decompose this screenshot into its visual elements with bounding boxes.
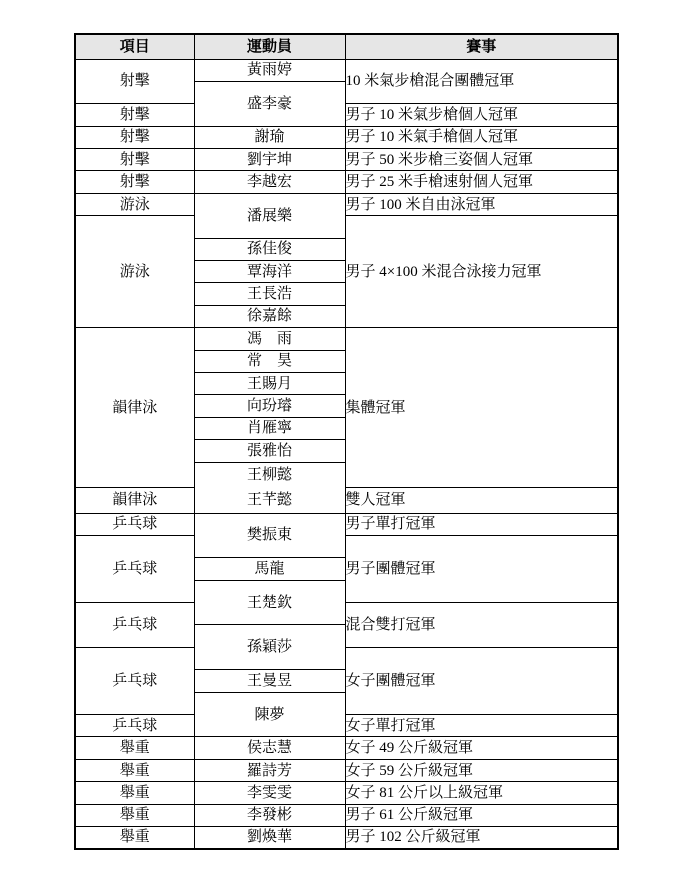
athlete-cell: 王柳懿 王芊懿 [194,462,345,513]
event-cell: 男子 50 米步槍三姿個人冠軍 [345,149,618,171]
event-cell: 男子 100 米自由泳冠軍 [345,193,618,215]
table-row: 射擊 黃雨婷 10 米氣步槍混合團體冠軍 [75,59,618,81]
athlete-cell: 王楚欽 [194,580,345,625]
category-cell: 舉重 [75,804,194,826]
athlete-cell: 潘展樂 [194,193,345,238]
athlete-cell: 陳夢 [194,692,345,737]
athlete-cell: 王賜月 [194,372,345,394]
table-row: 韻律泳 馮 雨 集體冠軍 [75,328,618,350]
event-cell: 男子 4×100 米混合泳接力冠軍 [345,216,618,328]
event-cell: 10 米氣步槍混合團體冠軍 [345,59,618,104]
category-cell: 舉重 [75,737,194,759]
table-header-row: 項目 運動員 賽事 [75,34,618,59]
athlete-cell: 馬龍 [194,558,345,580]
athlete-name: 王柳懿 [195,463,345,488]
athlete-cell: 王曼昱 [194,670,345,692]
table-row: 舉重 侯志慧 女子 49 公斤級冠軍 [75,737,618,759]
athlete-cell: 徐嘉餘 [194,305,345,327]
event-cell: 女子單打冠軍 [345,715,618,737]
category-cell: 韻律泳 [75,328,194,488]
event-cell: 男子 61 公斤級冠軍 [345,804,618,826]
athlete-cell: 馮 雨 [194,328,345,350]
event-cell: 男子 25 米手槍速射個人冠軍 [345,171,618,193]
event-cell: 男子 102 公斤級冠軍 [345,827,618,849]
table-row: 射擊 劉宇坤 男子 50 米步槍三姿個人冠軍 [75,149,618,171]
table-row: 射擊 男子 10 米氣步槍個人冠軍 [75,104,618,126]
athlete-name: 王芊懿 [195,488,345,513]
header-cell-event: 賽事 [345,34,618,59]
table-row: 乒乓球 女子單打冠軍 [75,715,618,737]
athlete-cell: 孫佳俊 [194,238,345,260]
document-page: 項目 運動員 賽事 射擊 黃雨婷 10 米氣步槍混合團體冠軍 盛李豪 射擊 男子… [0,0,677,874]
event-cell: 女子 81 公斤以上級冠軍 [345,782,618,804]
category-cell: 舉重 [75,782,194,804]
event-cell: 集體冠軍 [345,328,618,488]
header-cell-category: 項目 [75,34,194,59]
event-cell: 男子團體冠軍 [345,535,618,602]
event-cell: 男子 10 米氣步槍個人冠軍 [345,104,618,126]
table-row: 舉重 劉煥華 男子 102 公斤級冠軍 [75,827,618,849]
category-cell: 射擊 [75,126,194,148]
event-cell: 女子 59 公斤級冠軍 [345,759,618,781]
athlete-cell: 劉宇坤 [194,149,345,171]
athlete-cell: 羅詩芳 [194,759,345,781]
athlete-cell: 常 昊 [194,350,345,372]
athlete-cell: 侯志慧 [194,737,345,759]
category-cell: 乒乓球 [75,513,194,535]
athlete-cell: 黃雨婷 [194,59,345,81]
event-cell: 男子 10 米氣手槍個人冠軍 [345,126,618,148]
athlete-cell: 李越宏 [194,171,345,193]
table-row: 舉重 羅詩芳 女子 59 公斤級冠軍 [75,759,618,781]
athlete-cell: 覃海洋 [194,261,345,283]
table-row: 韻律泳 雙人冠軍 [75,488,618,514]
medalists-table: 項目 運動員 賽事 射擊 黃雨婷 10 米氣步槍混合團體冠軍 盛李豪 射擊 男子… [74,33,619,850]
table-row: 射擊 李越宏 男子 25 米手槍速射個人冠軍 [75,171,618,193]
athlete-cell: 樊振東 [194,513,345,558]
category-cell: 乒乓球 [75,715,194,737]
table-row: 乒乓球 女子團體冠軍 [75,647,618,669]
athlete-cell: 孫穎莎 [194,625,345,670]
athlete-cell: 李發彬 [194,804,345,826]
event-cell: 混合雙打冠軍 [345,603,618,648]
category-cell: 射擊 [75,149,194,171]
category-cell: 韻律泳 [75,488,194,514]
category-cell: 乒乓球 [75,535,194,602]
athlete-cell: 王長浩 [194,283,345,305]
athlete-cell: 肖雁寧 [194,417,345,439]
category-cell: 游泳 [75,193,194,215]
table-row: 游泳 男子 4×100 米混合泳接力冠軍 [75,216,618,238]
category-cell: 游泳 [75,216,194,328]
table-row: 舉重 李雯雯 女子 81 公斤以上級冠軍 [75,782,618,804]
athlete-cell: 劉煥華 [194,827,345,849]
category-cell: 乒乓球 [75,603,194,648]
category-cell: 舉重 [75,827,194,849]
event-cell: 雙人冠軍 [345,488,618,514]
event-cell: 男子單打冠軍 [345,513,618,535]
table-row: 乒乓球 混合雙打冠軍 [75,603,618,625]
athlete-cell: 向玢璿 [194,395,345,417]
table-row: 射擊 謝瑜 男子 10 米氣手槍個人冠軍 [75,126,618,148]
category-cell: 舉重 [75,759,194,781]
athlete-cell: 李雯雯 [194,782,345,804]
athlete-cell: 謝瑜 [194,126,345,148]
header-cell-athlete: 運動員 [194,34,345,59]
table-row: 乒乓球 樊振東 男子單打冠軍 [75,513,618,535]
table-row: 乒乓球 男子團體冠軍 [75,535,618,557]
athlete-cell: 張雅怡 [194,440,345,462]
event-cell: 女子 49 公斤級冠軍 [345,737,618,759]
event-cell: 女子團體冠軍 [345,647,618,714]
athlete-cell: 盛李豪 [194,81,345,126]
category-cell: 射擊 [75,171,194,193]
category-cell: 乒乓球 [75,647,194,714]
category-cell: 射擊 [75,59,194,104]
table-row: 舉重 李發彬 男子 61 公斤級冠軍 [75,804,618,826]
table-row: 游泳 潘展樂 男子 100 米自由泳冠軍 [75,193,618,215]
category-cell: 射擊 [75,104,194,126]
